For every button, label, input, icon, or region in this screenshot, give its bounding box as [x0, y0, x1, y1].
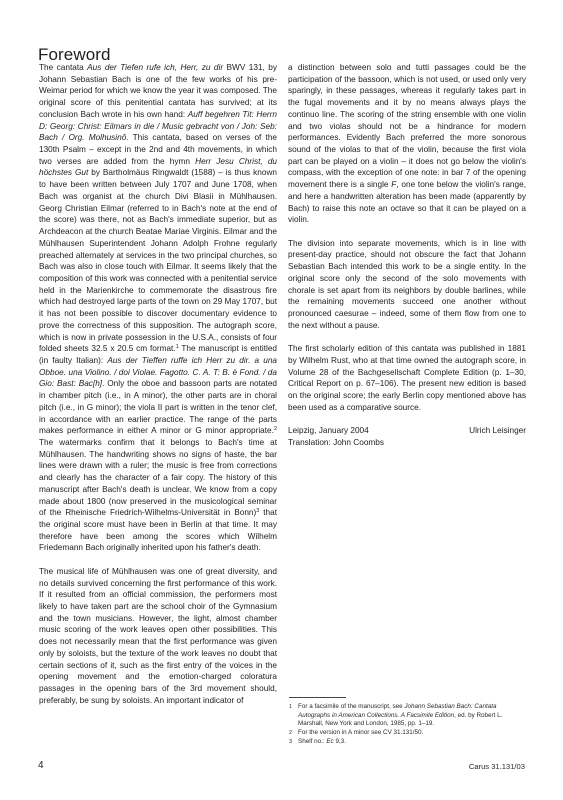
footnote-divider [289, 697, 346, 698]
paragraph-edition: The first scholarly edition of this cant… [288, 343, 526, 413]
signature-line: Leipzig, January 2004 Ulrich Leisinger [288, 425, 526, 437]
paragraph-history: The cantata Aus der Tiefen rufe ich, Her… [39, 62, 277, 554]
place-date: Leipzig, January 2004 [288, 425, 369, 437]
catalog-number: Carus 31.131/03 [469, 762, 525, 771]
footnote-ref-2[interactable]: 2 [274, 426, 277, 432]
right-column: a distinction between solo and tutti pas… [288, 62, 526, 449]
author: Ulrich Leisinger [469, 425, 526, 437]
left-column: The cantata Aus der Tiefen rufe ich, Her… [39, 62, 277, 707]
cantata-title: Aus der Tiefen rufe ich, Herr, zu dir [87, 63, 223, 72]
translation-credit: Translation: John Coombs [288, 437, 526, 449]
footnote-2: 2 For the version in A minor see CV 31.1… [289, 729, 527, 738]
footnotes: 1 For a facsimile of the manuscript, see… [289, 703, 527, 747]
footnote-1: 1 For a facsimile of the manuscript, see… [289, 703, 527, 729]
paragraph-performance: The musical life of Mühlhausen was one o… [39, 566, 277, 707]
page-number: 4 [38, 760, 44, 771]
paragraph-scoring: a distinction between solo and tutti pas… [288, 62, 526, 226]
paragraph-movements: The division into separate movements, wh… [288, 238, 526, 332]
footnote-3: 3 Shelf no.: Ec 9,3. [289, 738, 527, 747]
